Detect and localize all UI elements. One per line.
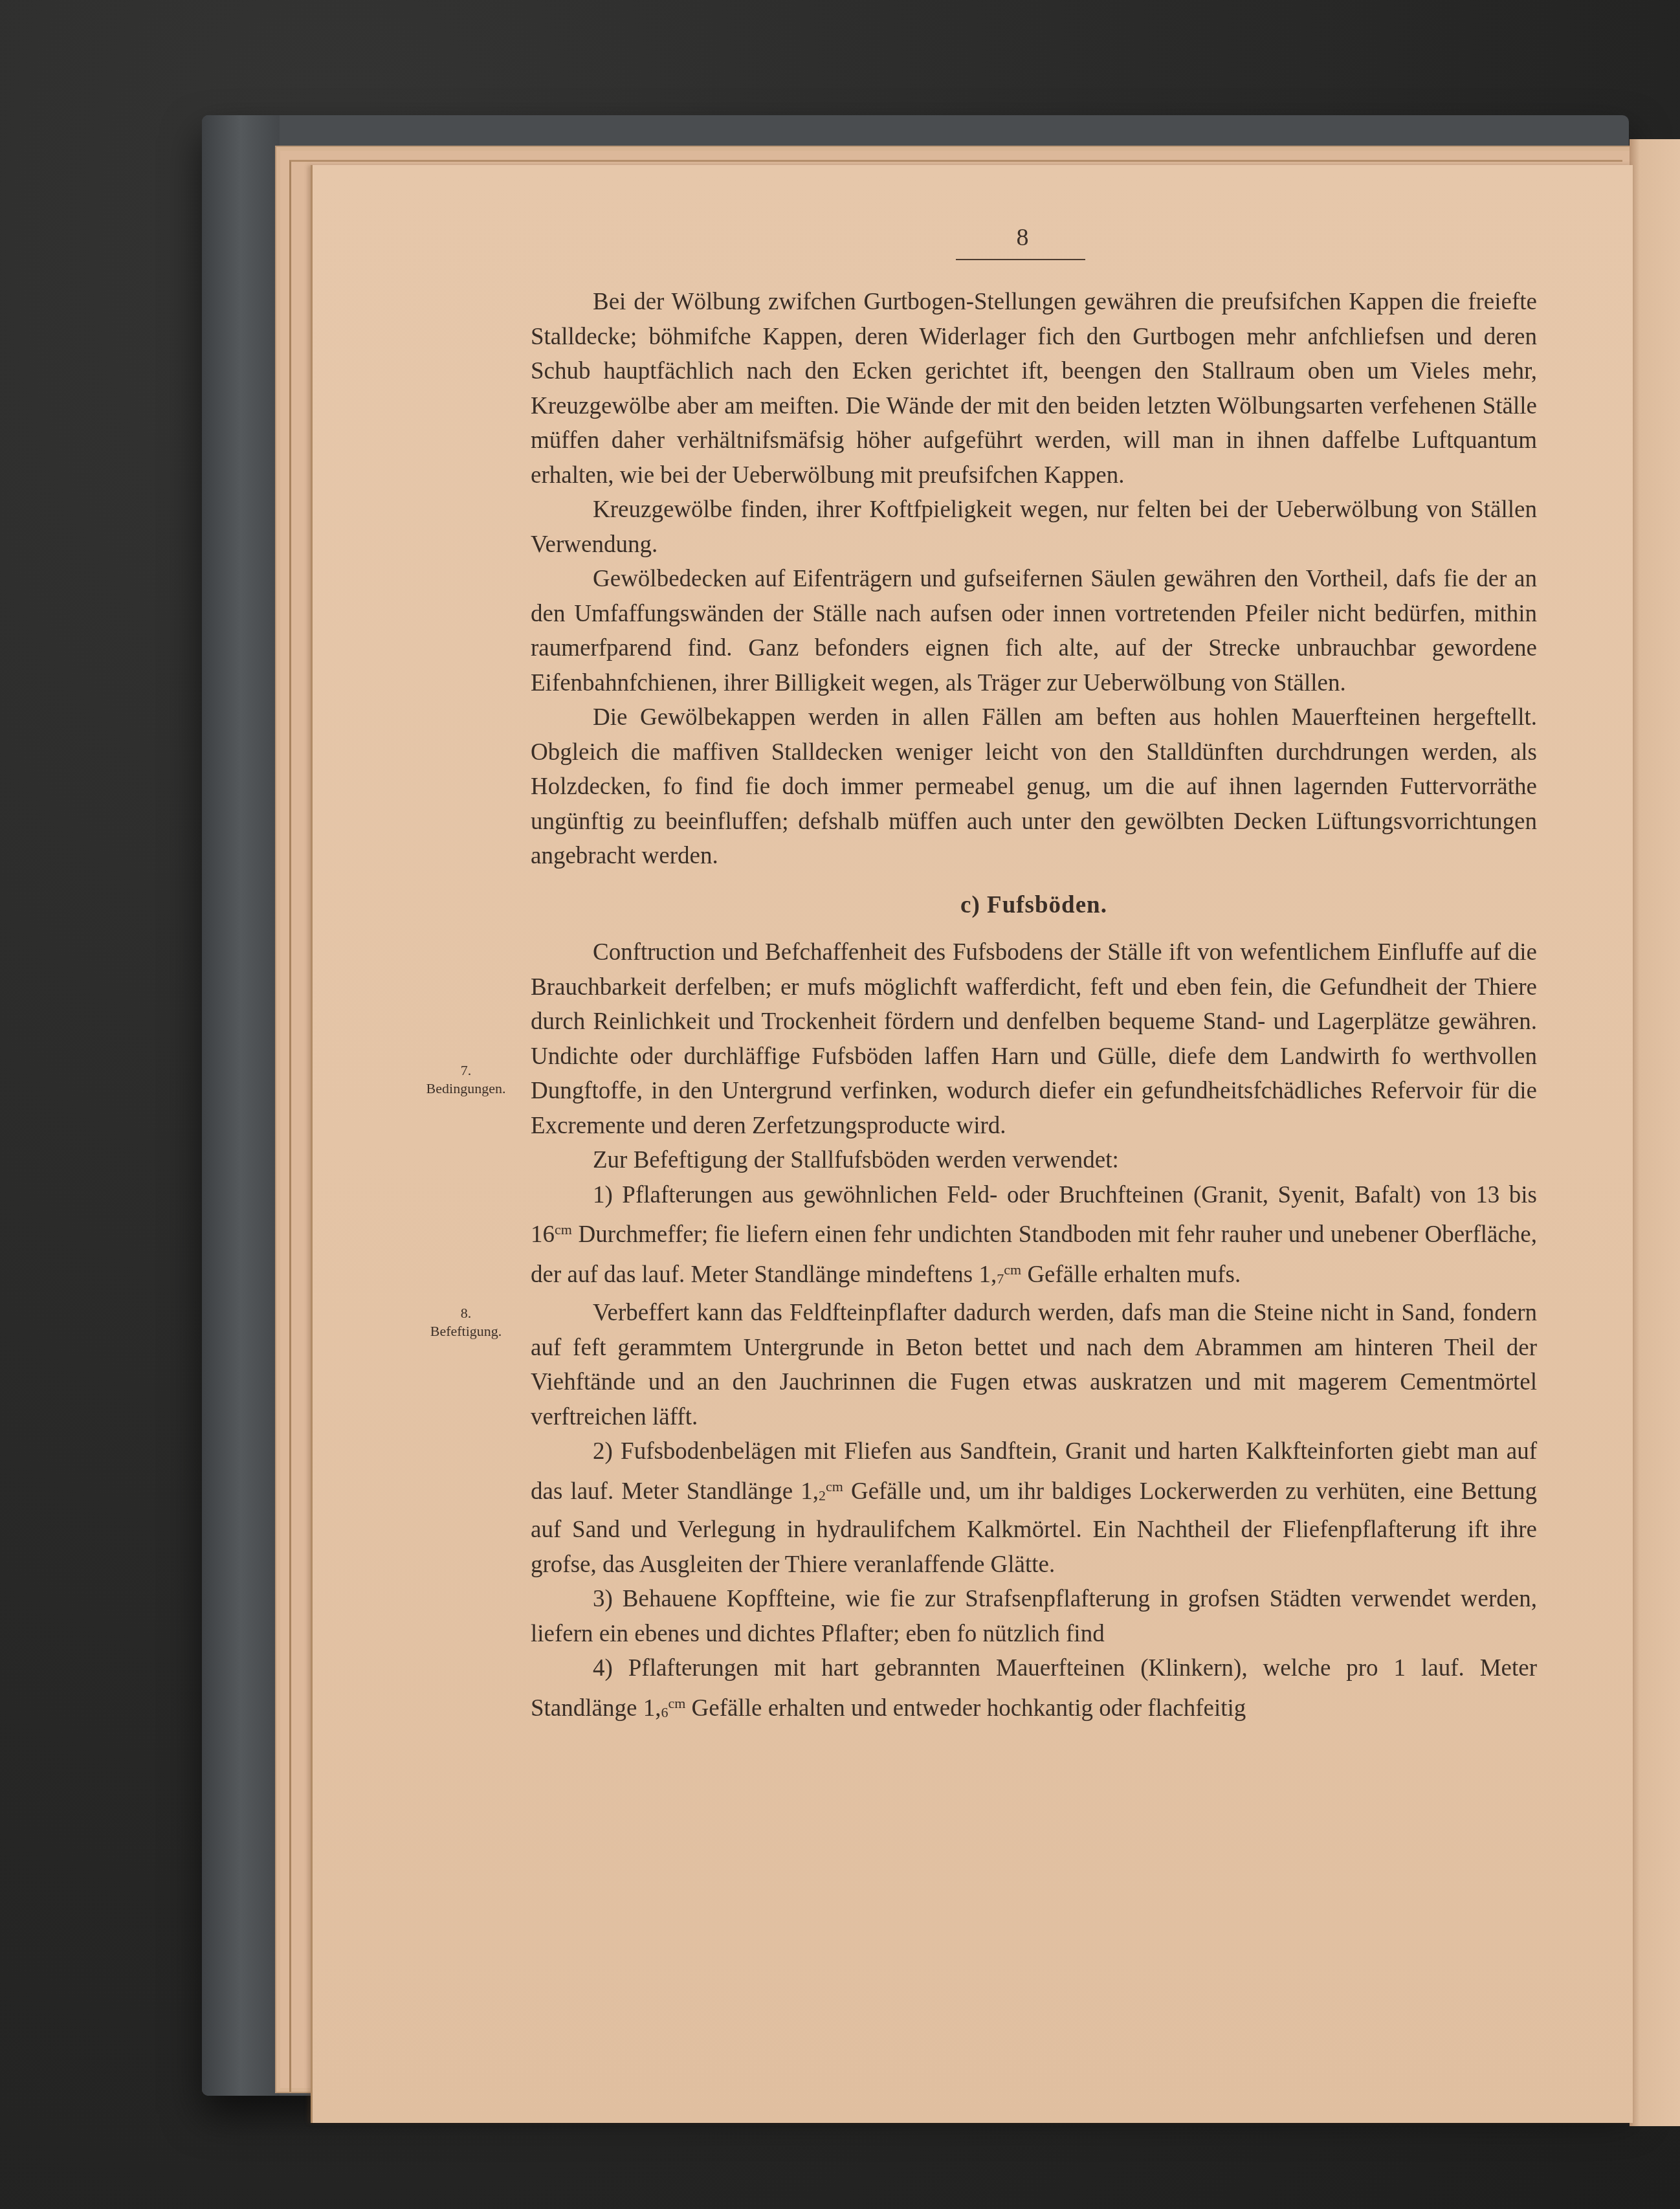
paragraph-kreuzgewoelbe: Kreuzgewölbe finden, ihrer Koftfpieligke… <box>531 493 1537 562</box>
margin-note-label: Bedingungen. <box>404 1080 527 1098</box>
book-spine <box>202 115 280 2096</box>
paragraph-improvement: Verbeffert kann das Feldfteinpflafter da… <box>531 1296 1537 1434</box>
list-item-3: 3) Behauene Kopffteine, wie fie zur Stra… <box>531 1582 1537 1651</box>
body-text: Bei der Wölbung zwifchen Gurtbogen-Stell… <box>531 285 1537 1729</box>
decimal-digit: 2 <box>819 1487 826 1504</box>
decimal-digit: 6 <box>661 1704 668 1720</box>
page-number: 8 <box>955 223 1090 252</box>
unit-label: cm <box>668 1695 685 1711</box>
paragraph-bedingungen: Conftruction und Befchaffenheit des Fufs… <box>531 935 1537 1143</box>
list-item-1: 1) Pflafterungen aus gewöhnlichen Feld- … <box>531 1178 1537 1296</box>
margin-note-bedingungen: 7. Bedingungen. <box>404 1061 527 1098</box>
paragraph-gewoelbekappen: Die Gewölbekappen werden in allen Fällen… <box>531 700 1537 874</box>
list-item-2: 2) Fufsbodenbelägen mit Fliefen aus Sand… <box>531 1434 1537 1582</box>
unit-label: cm <box>1004 1261 1021 1278</box>
paragraph-gurtbogen: Bei der Wölbung zwifchen Gurtbogen-Stell… <box>531 285 1537 493</box>
facing-page-edge <box>1630 139 1680 2126</box>
paragraph-eisentraeger: Gewölbedecken auf Eifenträgern und gufse… <box>531 562 1537 700</box>
margin-note-befestigung: 8. Befeftigung. <box>404 1304 527 1340</box>
margin-note-number: 8. <box>404 1304 527 1322</box>
paragraph-befestigung-intro: Zur Befeftigung der Stallfufsböden werde… <box>531 1143 1537 1178</box>
margin-note-number: 7. <box>404 1061 527 1080</box>
margin-note-label: Befeftigung. <box>404 1322 527 1340</box>
list-item-4: 4) Pflafterungen mit hart gebrannten Mau… <box>531 1651 1537 1729</box>
page-number-rule <box>956 259 1085 260</box>
section-heading: c) Fufsböden. <box>531 888 1537 923</box>
unit-label: cm <box>826 1478 843 1494</box>
decimal-digit: 7 <box>997 1271 1004 1287</box>
unit-label: cm <box>555 1221 572 1238</box>
